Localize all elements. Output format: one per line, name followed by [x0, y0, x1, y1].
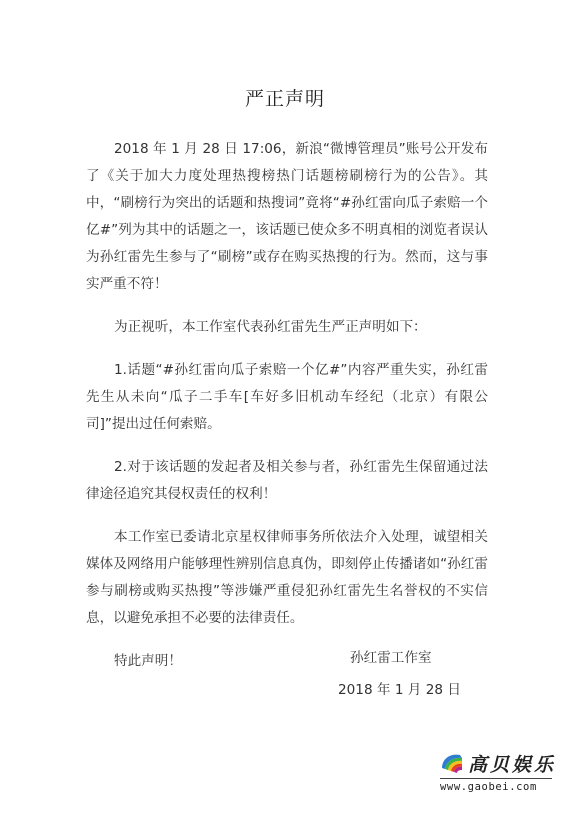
watermark-brand: 高贝娱乐: [468, 750, 556, 777]
paragraph-legal-notice: 本工作室已委请北京星权律师事务所依法介入处理，诚望相关媒体及网络用户能够理性辨别…: [86, 524, 488, 632]
paragraph-point-2: 2.对于该话题的发起者及相关参与者，孙红雷先生保留通过法律途径追究其侵权责任的权…: [86, 454, 488, 508]
watermark-url: www.gaobei.com: [440, 781, 568, 793]
paragraph-point-1: 1.话题“#孙红雷向瓜子索赔一个亿#”内容严重失实，孙红雷先生从未向“瓜子二手车…: [86, 357, 488, 438]
rainbow-shell-logo-icon: [440, 752, 464, 774]
paragraph-background: 2018 年 1 月 28 日 17:06，新浪“微博管理员”账号公开发布了《关…: [86, 136, 488, 298]
signature-date: 2018 年 1 月 28 日: [338, 678, 461, 698]
paragraph-intro: 为正视听，本工作室代表孙红雷先生严正声明如下：: [86, 314, 488, 341]
watermark-logo: 高贝娱乐 www.gaobei.com: [440, 750, 568, 800]
signature-name: 孙红雷工作室: [350, 646, 432, 666]
watermark-divider: [440, 778, 552, 779]
statement-body: 2018 年 1 月 28 日 17:06，新浪“微博管理员”账号公开发布了《关…: [86, 136, 488, 691]
page-title: 严正声明: [0, 84, 570, 111]
